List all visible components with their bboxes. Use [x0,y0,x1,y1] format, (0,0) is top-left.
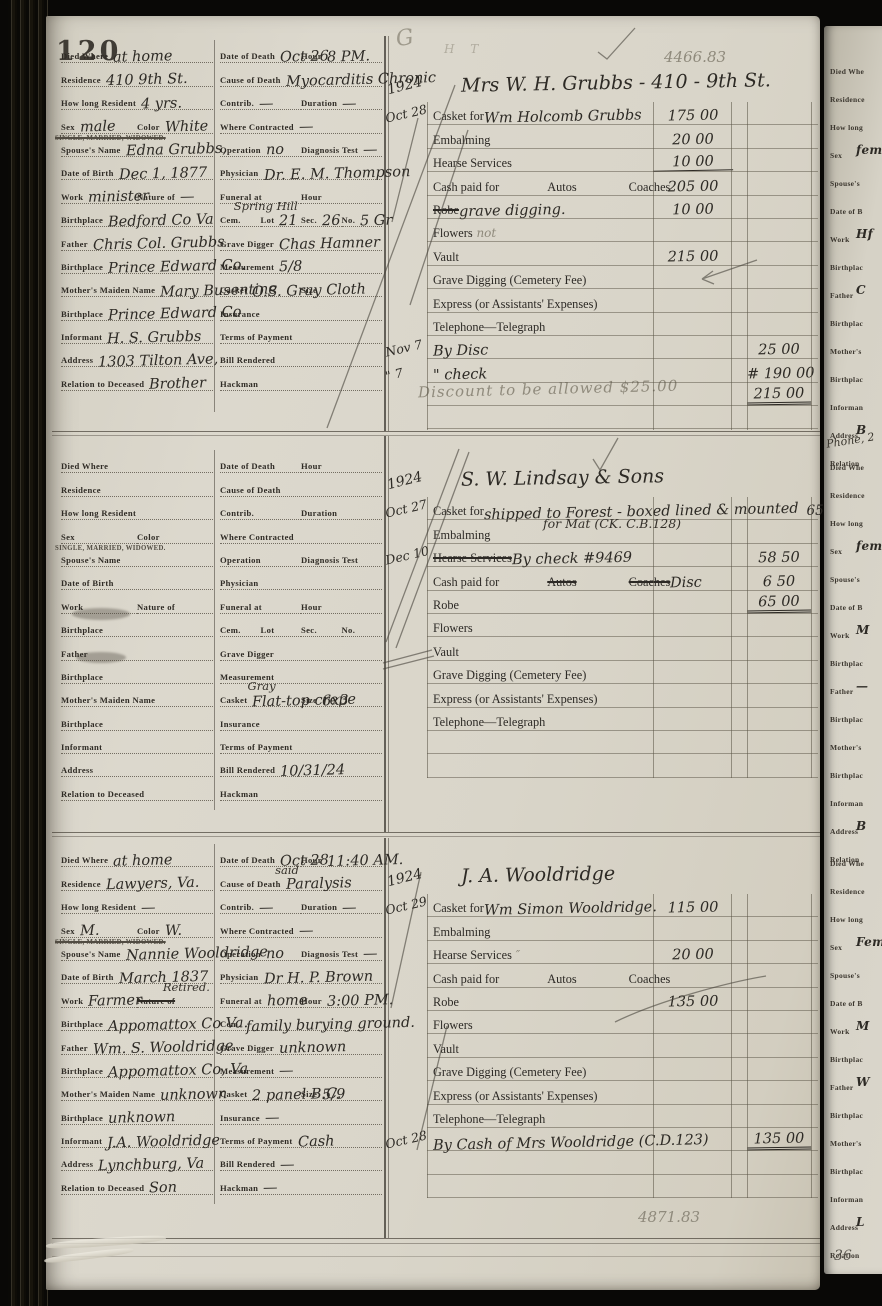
sliver-field-label: WorkHf [830,222,882,250]
billing-row: Robe65 00 [391,591,815,614]
billing-date: Oct 28 [384,1128,428,1152]
billing-row: Hearse Services ″20 00 [391,941,815,964]
billing-row-body: Cash paid forAutosCoaches [433,972,655,987]
field-label: Address [61,355,96,366]
billing-sub-label: Coaches [629,972,671,986]
sliver-field-label: Residence [830,82,882,110]
handwritten-value: W. [163,924,184,939]
billing-item-label: Hearse Services [433,156,512,170]
handwritten-entry: grave digging. [459,202,566,220]
field-pair: Duration— [301,899,382,915]
amount-col2: 6 50 [747,573,811,590]
field-pair: Diagnosis Test— [301,945,382,961]
field-label: Nature of [137,602,178,613]
field-label: Terms of Payment [220,332,296,343]
field-pair: ColorWhite [137,118,213,134]
corner-page-number: 36 [834,1248,852,1264]
sliver-field-label: Died Whe [830,846,882,874]
billing-rows: Oct 29Casket for Wm Simon Wooldridge.115… [391,894,815,1198]
sliver-field-label: Spouse's [830,166,882,194]
field-label: Color [137,532,163,543]
handwritten-note-above: Retired. [163,980,210,994]
field-pair: PhysicianDr. E. M. Thompson [220,165,382,181]
sliver-handwriting: M [856,1019,870,1033]
form-row: SINGLE, MARRIED, WIDOWED.Spouse's NameNa… [61,938,213,961]
sliver-field-label: Mother's [830,730,882,758]
pencil-marks: H T [444,42,484,56]
billing-item-label: Robe [433,598,459,612]
record1-left-column: Died Whereat homeResidence410 9th St.How… [61,40,213,391]
form-row: WorkFarmerNature ofRetired. [61,984,213,1007]
field-label: Contrib. [220,508,257,519]
form-row: BirthplacePrince Edward Co [61,297,213,320]
field-pair: Color [137,532,213,544]
form-row: Residence410 9th St. [61,63,213,86]
field-pair: InformantH. S. Grubbs [61,329,213,345]
field-pair: Operation [220,555,301,567]
field-label: Work [61,602,86,613]
billing-row: Embalmingfor Mat (CK. C.B.128) [391,520,815,543]
field-pair: BirthplacePrince Edward Co. [61,258,213,274]
form-row: Birthplace [61,661,213,684]
handwritten-value: — [361,143,380,158]
field-pair: Funeral athome [220,992,301,1008]
sliver-field-label: Informan [830,786,882,814]
field-label: Work [61,192,86,203]
form-row: Informant [61,731,213,754]
billing-item-label: Embalming [433,925,490,939]
billing-row-body: Telephone—Telegraph [433,320,655,335]
billing-row-body: Express (or Assistants' Expenses) [433,692,655,707]
field-label: Hour [301,192,325,203]
field-pair: Cause of Death [220,485,382,497]
field-label: Died Where [61,855,111,866]
field-label: Birthplace [61,215,106,226]
amount-col2: 25 00 [747,342,811,359]
form-row: Cause of Death [220,473,382,496]
field-pair: BirthplaceAppomattox Co Va. [61,1016,213,1032]
field-pair: Relation to DeceasedSon [61,1179,213,1195]
billing-item-label: Embalming [433,528,490,542]
field-pair: InformantJ.A. Wooldridge [61,1133,213,1149]
field-label: Spouse's Name [61,949,124,960]
field-label: No. [342,625,359,636]
billing-row [391,1175,815,1198]
billing-item-label: Flowers [433,1018,473,1032]
marital-status-label: SINGLE, MARRIED, WIDOWED. [55,545,166,552]
field-pair: Cem. [220,625,261,637]
billing-item-label: Telephone—Telegraph [433,715,545,729]
billing-item-label: Vault [433,1042,459,1056]
field-label: Birthplace [61,1113,106,1124]
sliver-field-label: AddressB [830,418,882,446]
form-row: Casket2 panel B.C.Size5/9 [220,1078,382,1101]
field-pair: Informant [61,742,213,754]
field-label: Insurance [220,309,263,320]
form-row: Mother's Maiden NameMary Busentine [61,274,213,297]
field-pair: Terms of Payment [220,742,382,754]
billing-row: Vault [391,637,815,660]
field-label: Contrib. [220,902,257,913]
field-label: Died Where [61,51,111,62]
field-label: Date of Birth [61,168,117,179]
field-pair: How long Resident [61,508,213,520]
field-pair: Hour11:40 AM. [301,852,382,868]
billing-row-body: Vault [433,1042,655,1057]
field-label: Color [137,122,163,133]
billing-row [391,754,815,777]
billing-item-label: Grave Digging (Cemetery Fee) [433,273,586,287]
form-row: Residence [61,473,213,496]
field-pair: SexM. [61,922,137,938]
amount-col1: 20 00 [653,946,733,963]
form-row: Date of DeathOct 26Hour8 PM. [220,40,382,63]
form-row: Died Where [61,450,213,473]
field-label: Funeral at [220,996,265,1007]
form-row: OperationnoDiagnosis Test— [220,938,382,961]
sliver-field-label: Birthplac [830,306,882,334]
billing-row: Oct 29Casket for Wm Simon Wooldridge.115… [391,894,815,917]
amount-col1: 10 00 [653,153,733,171]
billing-year: 1924 [386,866,424,890]
billing-header: 1924Mrs W. H. Grubbs - 410 - 9th St. [391,76,815,102]
form-row: Terms of PaymentCash [220,1125,382,1148]
form-row: Address [61,754,213,777]
record2-billing: 1924S. W. Lindsay & SonsOct 27Casket for… [391,471,815,778]
record-separator [52,832,820,833]
field-pair: Spouse's Name [61,555,213,567]
billing-item-label: Express (or Assistants' Expenses) [433,1089,597,1103]
billing-row: Flowers [391,614,815,637]
field-pair: Birthplaceunknown [61,1109,213,1125]
field-pair: Hour8 PM. [301,48,382,64]
field-pair: How long Resident4 yrs. [61,95,213,111]
billing-item-label: Express (or Assistants' Expenses) [433,297,597,311]
field-label: Lot [261,215,278,226]
billing-row-body: Casket for Wm Holcomb Grubbs [433,108,655,124]
field-label: Duration [301,508,340,519]
billing-client-name: Mrs W. H. Grubbs - 410 - 9th St. [461,69,771,96]
field-label: Insurance [220,1113,263,1124]
form-row: InformantH. S. Grubbs [61,321,213,344]
sliver-field-label: SexFem [830,930,882,958]
billing-row: Express (or Assistants' Expenses) [391,684,815,707]
field-pair: Died Whereat home [61,48,213,64]
field-label: Informant [61,1136,105,1147]
form-row: Date of DeathOct 28Hour11:40 AM. [220,844,382,867]
field-pair: Cem.Spring Hill [220,215,261,227]
field-pair: How long Resident— [61,899,213,915]
money-rule [811,102,812,430]
sliver-field-label: Date of B [830,986,882,1014]
ledger-scan: 120 G H T 4466.83 Discount to be allowed… [0,0,882,1306]
field-label: Measurement [220,1066,277,1077]
page-bottom-rule [52,1238,820,1239]
field-label: How long Resident [61,508,139,519]
field-label: Physician [220,972,262,983]
billing-row: Vault215 00 [391,242,815,265]
billing-rows: Oct 28Casket for Wm Holcomb Grubbs175 00… [391,102,815,429]
field-label: Operation [220,145,264,156]
field-pair: WorkFarmer [61,992,137,1008]
field-pair: Grave Diggerunknown [220,1039,382,1055]
billing-row-body: Embalmingfor Mat (CK. C.B.128) [433,528,655,543]
field-label: Cem. [220,625,244,636]
record-separator [52,431,820,432]
field-label: Address [61,765,96,776]
form-row: Cem.Spring HillLot21Sec.26No.5 Gr [220,204,382,227]
billing-row: Cash paid forAutosCoaches205 00 [391,172,815,195]
billing-date: Dec 10 [384,544,428,568]
field-pair: Address1303 Tilton Ave, [61,352,213,368]
sliver-handwriting: W [856,1075,870,1089]
billing-row [391,731,815,754]
next-page-edge: Phone, 2 Died WheResidenceHow longSexfem… [824,26,882,1274]
billing-sub-label: Autos [547,972,576,986]
sliver-handwriting: fem [856,143,882,157]
form-row: Grave Diggerunknown [220,1031,382,1054]
sliver-handwriting: Fem [856,935,882,949]
billing-item-label: Robe [433,203,459,217]
billing-row: Nov 7 By Disc25 00 [391,336,815,359]
field-label: Lot [261,625,278,636]
amount-col1: 215 00 [653,248,733,265]
field-pair: Hour [301,461,382,473]
form-row: Bill Rendered— [220,1148,382,1171]
billing-row-body: Telephone—Telegraph [433,1112,655,1127]
field-pair: Duration [301,508,382,520]
field-label: Address [61,1159,96,1170]
field-label: Father [61,239,91,250]
form-row: Date of Birth [61,567,213,590]
billing-year: 1924 [386,469,424,493]
field-label: Spouse's Name [61,145,124,156]
field-pair: Father [61,649,213,661]
form-row: Where Contracted— [220,914,382,937]
sliver-field-label: Date of B [830,194,882,222]
form-row: Contrib.—Duration— [220,87,382,110]
date-column-rule [427,102,428,430]
money-rule [653,497,654,778]
sliver-field-label: Birthplac [830,758,882,786]
sliver-field-label: Date of B [830,590,882,618]
field-pair: Size6x3 [301,692,382,708]
billing-row-body: Flowers [433,1018,655,1033]
field-label: Where Contracted [220,926,297,937]
billing-row: Express (or Assistants' Expenses) [391,289,815,312]
sliver-field-label: How long [830,506,882,534]
field-pair: Lot21 [261,212,302,228]
billing-rows: Oct 27Casket for shipped to Forest - box… [391,497,815,778]
form-row: AddressLynchburg, Va [61,1148,213,1171]
amount-col2: 58 50 [747,550,811,567]
sliver-field-label: FatherW [830,1070,882,1098]
field-pair: ResidenceLawyers, Va. [61,875,213,891]
sliver-field-label: Birthplac [830,646,882,674]
field-pair: Diagnosis Test— [301,141,382,157]
billing-row: Flowers not [391,219,815,242]
field-pair: Residence410 9th St. [61,71,213,87]
sliver-field-label: Residence [830,478,882,506]
form-row: Address1303 Tilton Ave, [61,344,213,367]
field-label: Date of Birth [61,972,117,983]
handwritten-entry: Wm Holcomb Grubbs [484,108,642,127]
billing-row-body: Grave Digging (Cemetery Fee) [433,668,655,683]
field-label: Diagnosis Test [301,555,361,566]
field-pair: Relation to Deceased [61,789,213,801]
field-label: Informant [61,742,105,753]
field-pair: Died Whereat home [61,852,213,868]
handwritten-entry: Wm Simon Wooldridge. [484,900,657,920]
field-pair: Cause of DeathsaidParalysis [220,875,382,891]
field-pair: ColorW. [137,922,213,938]
form-row: Funeral atHour [220,590,382,613]
field-label: Size [301,285,320,296]
form-row: Relation to Deceased [61,777,213,800]
field-pair: Funeral at [220,602,301,614]
form-row: Birthplace [61,707,213,730]
billing-row-body: Hearse Services [433,156,655,171]
record3-left-column: Died Whereat homeResidenceLawyers, Va.Ho… [61,844,213,1195]
field-label: Size [301,695,320,706]
page-bottom-rule [52,1256,820,1257]
field-pair: CasketO.S. Gray Cloth [220,282,301,298]
billing-row: Grave Digging (Cemetery Fee) [391,1058,815,1081]
field-label: Residence [61,75,104,86]
field-pair: Date of BirthDec 1, 1877 [61,165,213,181]
field-pair: Insurance [220,309,382,321]
field-pair: Contrib.— [220,899,301,915]
handwritten-value: — [340,96,359,111]
record-separator [52,836,820,837]
billing-row-body: Robe [433,598,655,613]
field-pair: Date of DeathOct 26 [220,48,301,64]
field-label: Cause of Death [220,485,284,496]
form-row: CasketGrayFlat-top crepeSize6x3 [220,684,382,707]
field-pair: Hackman— [220,1179,382,1195]
billing-row-body: Express (or Assistants' Expenses) [433,1089,655,1104]
field-label: Size [301,1089,320,1100]
billing-row-body: Express (or Assistants' Expenses) [433,297,655,312]
money-rule [653,102,654,430]
record2-middle-column: Date of DeathHourCause of DeathContrib.D… [220,450,382,801]
handwritten-note-above: Gray [248,679,276,693]
field-label: Relation to Deceased [61,379,147,390]
billing-row: Hearse Services10 00 [391,149,815,172]
sliver-field-label: Died Whe [830,54,882,82]
billing-divider [384,838,386,1238]
form-row: Cem.family burying ground. [220,1008,382,1031]
billing-item-label: Grave Digging (Cemetery Fee) [433,668,586,682]
billing-row-body: Flowers [433,621,655,636]
form-row: Mother's Maiden Nameunknown [61,1078,213,1101]
handwritten-value: — [297,924,316,939]
sliver-handwriting: Hf [856,227,873,241]
field-label: Measurement [220,262,277,273]
handwritten-entry: By check #9469 [512,550,632,569]
sliver-group-3: Died WheResidenceHow longSexFemSpouse'sD… [830,846,882,1266]
field-label: Diagnosis Test [301,145,361,156]
field-pair: Where Contracted— [220,118,382,134]
field-pair: Bill Rendered10/31/24 [220,762,382,778]
field-label: Bill Rendered [220,765,278,776]
sliver-field-label: WorkM [830,618,882,646]
form-row: Bill Rendered [220,344,382,367]
field-pair: Duration— [301,95,382,111]
billing-client-name: J. A. Wooldridge [461,863,615,888]
sliver-field-label: Birthplac [830,1154,882,1182]
field-pair: Date of Birth [61,578,213,590]
field-label: Cause of Death [220,75,284,86]
field-label: Color [137,926,163,937]
field-label: Bill Rendered [220,1159,278,1170]
form-row: Grave Digger [220,637,382,660]
billing-row: Grave Digging (Cemetery Fee) [391,266,815,289]
field-label: Birthplace [61,719,106,730]
record2-left-column: Died WhereResidenceHow long ResidentSexC… [61,450,213,801]
field-label: Terms of Payment [220,1136,296,1147]
field-label: Birthplace [61,262,106,273]
sliver-field-label: FatherC [830,278,882,306]
form-row: Funeral athomeHour3:00 PM. [220,984,382,1007]
field-label: Date of Death [220,855,278,866]
field-label: Birthplace [61,1066,106,1077]
billing-row: Telephone—Telegraph [391,313,815,336]
field-label: Physician [220,578,262,589]
field-label: Duration [301,902,340,913]
billing-row-body: Vault [433,645,655,660]
money-rule [811,894,812,1198]
ledger-page: 120 G H T 4466.83 Discount to be allowed… [46,16,820,1290]
billing-year: 1924 [386,74,424,98]
money-rule [747,497,748,778]
field-label: Mother's Maiden Name [61,285,158,296]
form-row: Contrib.—Duration— [220,891,382,914]
field-label: Hour [301,996,325,1007]
form-row: Hackman [220,367,382,390]
form-row: Hackman— [220,1171,382,1194]
form-row: BirthplaceAppomattox Co Va. [61,1008,213,1031]
billing-date: Oct 29 [384,894,428,918]
sliver-group-1: Died WheResidenceHow longSexfemSpouse'sD… [830,54,882,474]
record1-billing: 1924Mrs W. H. Grubbs - 410 - 9th St.Oct … [391,76,815,429]
handwritten-value: — [278,1158,297,1173]
pencil-mark: ″ [512,948,520,962]
field-pair: Sexmale [61,118,137,134]
field-pair: Physician [220,578,382,590]
field-pair: Hackman [220,789,382,801]
field-label: Duration [301,98,340,109]
form-row: BirthplaceAppomattox Co, Va [61,1055,213,1078]
field-pair: AddressLynchburg, Va [61,1156,213,1172]
field-pair: Work [61,602,137,614]
field-label: Nature of [137,996,178,1007]
field-pair: Measurement5/8 [220,258,382,274]
money-rule [747,102,748,430]
field-pair: BirthplaceAppomattox Co, Va [61,1062,213,1078]
sliver-field-label: How long [830,110,882,138]
billing-row-body: Robe grave digging. [433,202,655,218]
field-pair: Measurement [220,672,382,684]
form-row: Father [61,637,213,660]
sliver-group-2: Died WheResidenceHow longSexfemSpouse'sD… [830,450,882,870]
billing-row: Embalming20 00 [391,125,815,148]
amount-col2: 215 00 [747,386,811,406]
sliver-field-label: Birthplac [830,1098,882,1126]
field-label: Birthplace [61,625,106,636]
column-divider [214,450,215,810]
field-pair: Mother's Maiden NameMary Busentine [61,282,213,298]
